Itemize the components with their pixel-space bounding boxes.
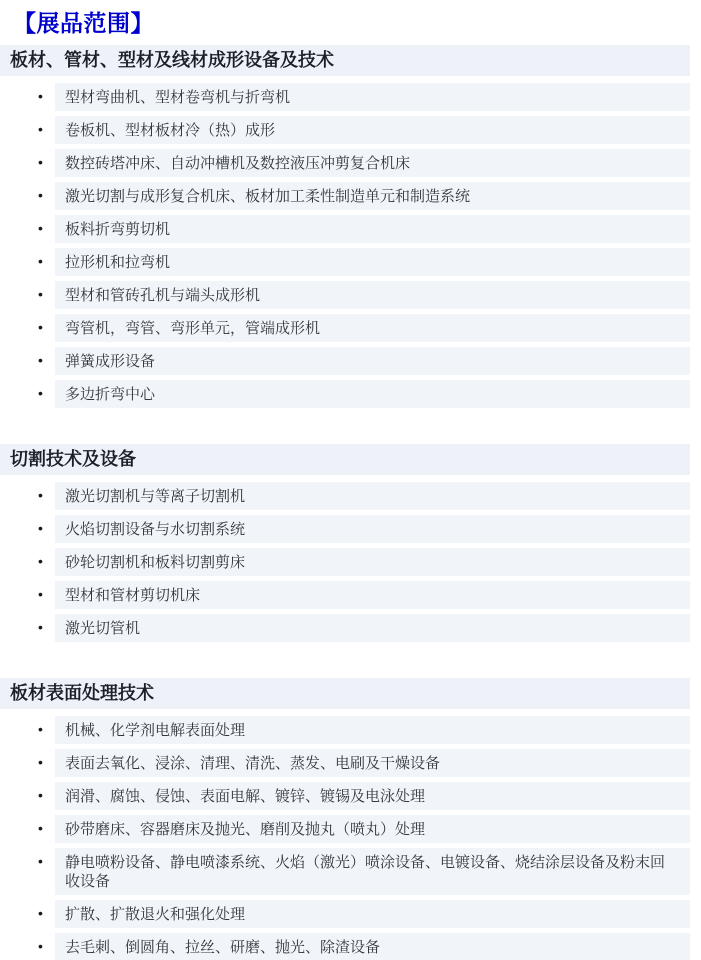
exhibit-scope-page: 【展品范围】 板材、管材、型材及线材成形设备及技术 •型材弯曲机、型材卷弯机与折… (0, 8, 701, 960)
bullet-icon: • (38, 318, 43, 337)
list-item-text: 弯管机，弯管、弯形单元，管端成形机 (65, 320, 320, 337)
list-item: •板料折弯剪切机 (55, 215, 690, 243)
list-item: •型材弯曲机、型材卷弯机与折弯机 (55, 83, 690, 111)
list-item: •表面去氧化、浸涂、清理、清洗、蒸发、电刷及干燥设备 (55, 749, 690, 777)
list-item: •卷板机、型材板材冷（热）成形 (55, 116, 690, 144)
list-item: •弯管机，弯管、弯形单元，管端成形机 (55, 314, 690, 342)
section-heading: 板材表面处理技术 (0, 678, 690, 709)
bullet-icon: • (38, 904, 43, 923)
list-item-text: 激光切割机与等离子切割机 (65, 488, 245, 505)
list-item-text: 去毛刺、倒圆角、拉丝、研磨、抛光、除渣设备 (65, 939, 380, 956)
list-item-text: 数控砖塔冲床、自动冲槽机及数控液压冲剪复合机床 (65, 155, 410, 172)
list-item-text: 静电喷粉设备、静电喷漆系统、火焰（激光）喷涂设备、电镀设备、烧结涂层设备及粉末回… (65, 854, 665, 890)
bullet-icon: • (38, 486, 43, 505)
list-item: •砂轮切割机和板料切割剪床 (55, 548, 690, 576)
list-item: •激光切割与成形复合机床、板材加工柔性制造单元和制造系统 (55, 182, 690, 210)
bullet-icon: • (38, 120, 43, 139)
section-forming-equipment: 板材、管材、型材及线材成形设备及技术 •型材弯曲机、型材卷弯机与折弯机 •卷板机… (0, 45, 701, 408)
bullet-icon: • (38, 519, 43, 538)
list-item: •扩散、扩散退火和强化处理 (55, 900, 690, 928)
page-title: 【展品范围】 (13, 8, 701, 38)
item-list: •型材弯曲机、型材卷弯机与折弯机 •卷板机、型材板材冷（热）成形 •数控砖塔冲床… (0, 83, 701, 408)
bullet-icon: • (38, 819, 43, 838)
list-item: •弹簧成形设备 (55, 347, 690, 375)
bullet-icon: • (38, 87, 43, 106)
bullet-icon: • (38, 937, 43, 956)
bullet-icon: • (38, 153, 43, 172)
item-list: •激光切割机与等离子切割机 •火焰切割设备与水切割系统 •砂轮切割机和板料切割剪… (0, 482, 701, 642)
bullet-icon: • (38, 552, 43, 571)
list-item-text: 型材弯曲机、型材卷弯机与折弯机 (65, 89, 290, 106)
list-item: •激光切割机与等离子切割机 (55, 482, 690, 510)
list-item-text: 弹簧成形设备 (65, 353, 155, 370)
list-item-text: 激光切割与成形复合机床、板材加工柔性制造单元和制造系统 (65, 188, 470, 205)
list-item-text: 激光切管机 (65, 620, 140, 637)
list-item-text: 卷板机、型材板材冷（热）成形 (65, 122, 275, 139)
bullet-icon: • (38, 285, 43, 304)
section-heading: 切割技术及设备 (0, 444, 690, 475)
list-item: •型材和管材剪切机床 (55, 581, 690, 609)
bullet-icon: • (38, 786, 43, 805)
section-surface-treatment: 板材表面处理技术 •机械、化学剂电解表面处理 •表面去氧化、浸涂、清理、清洗、蒸… (0, 678, 701, 960)
list-item: •数控砖塔冲床、自动冲槽机及数控液压冲剪复合机床 (55, 149, 690, 177)
section-heading: 板材、管材、型材及线材成形设备及技术 (0, 45, 690, 76)
list-item-text: 多边折弯中心 (65, 386, 155, 403)
list-item-text: 型材和管材剪切机床 (65, 587, 200, 604)
list-item-text: 拉形机和拉弯机 (65, 254, 170, 271)
bullet-icon: • (38, 219, 43, 238)
list-item: •润滑、腐蚀、侵蚀、表面电解、镀锌、镀锡及电泳处理 (55, 782, 690, 810)
list-item-text: 表面去氧化、浸涂、清理、清洗、蒸发、电刷及干燥设备 (65, 755, 440, 772)
list-item: •砂带磨床、容器磨床及抛光、磨削及抛丸（喷丸）处理 (55, 815, 690, 843)
bullet-icon: • (38, 753, 43, 772)
item-list: •机械、化学剂电解表面处理 •表面去氧化、浸涂、清理、清洗、蒸发、电刷及干燥设备… (0, 716, 701, 960)
list-item: •多边折弯中心 (55, 380, 690, 408)
list-item-text: 型材和管砖孔机与端头成形机 (65, 287, 260, 304)
list-item-text: 火焰切割设备与水切割系统 (65, 521, 245, 538)
list-item: •静电喷粉设备、静电喷漆系统、火焰（激光）喷涂设备、电镀设备、烧结涂层设备及粉末… (55, 848, 690, 895)
section-cutting-equipment: 切割技术及设备 •激光切割机与等离子切割机 •火焰切割设备与水切割系统 •砂轮切… (0, 444, 701, 642)
bullet-icon: • (38, 720, 43, 739)
list-item-text: 扩散、扩散退火和强化处理 (65, 906, 245, 923)
list-item-text: 砂轮切割机和板料切割剪床 (65, 554, 245, 571)
bullet-icon: • (38, 852, 43, 871)
bullet-icon: • (38, 351, 43, 370)
bullet-icon: • (38, 186, 43, 205)
list-item: •激光切管机 (55, 614, 690, 642)
list-item: •去毛刺、倒圆角、拉丝、研磨、抛光、除渣设备 (55, 933, 690, 960)
list-item: •型材和管砖孔机与端头成形机 (55, 281, 690, 309)
list-item-text: 板料折弯剪切机 (65, 221, 170, 238)
bullet-icon: • (38, 252, 43, 271)
bullet-icon: • (38, 585, 43, 604)
bullet-icon: • (38, 618, 43, 637)
list-item: •拉形机和拉弯机 (55, 248, 690, 276)
list-item-text: 砂带磨床、容器磨床及抛光、磨削及抛丸（喷丸）处理 (65, 821, 425, 838)
list-item: •火焰切割设备与水切割系统 (55, 515, 690, 543)
list-item-text: 润滑、腐蚀、侵蚀、表面电解、镀锌、镀锡及电泳处理 (65, 788, 425, 805)
bullet-icon: • (38, 384, 43, 403)
list-item: •机械、化学剂电解表面处理 (55, 716, 690, 744)
list-item-text: 机械、化学剂电解表面处理 (65, 722, 245, 739)
